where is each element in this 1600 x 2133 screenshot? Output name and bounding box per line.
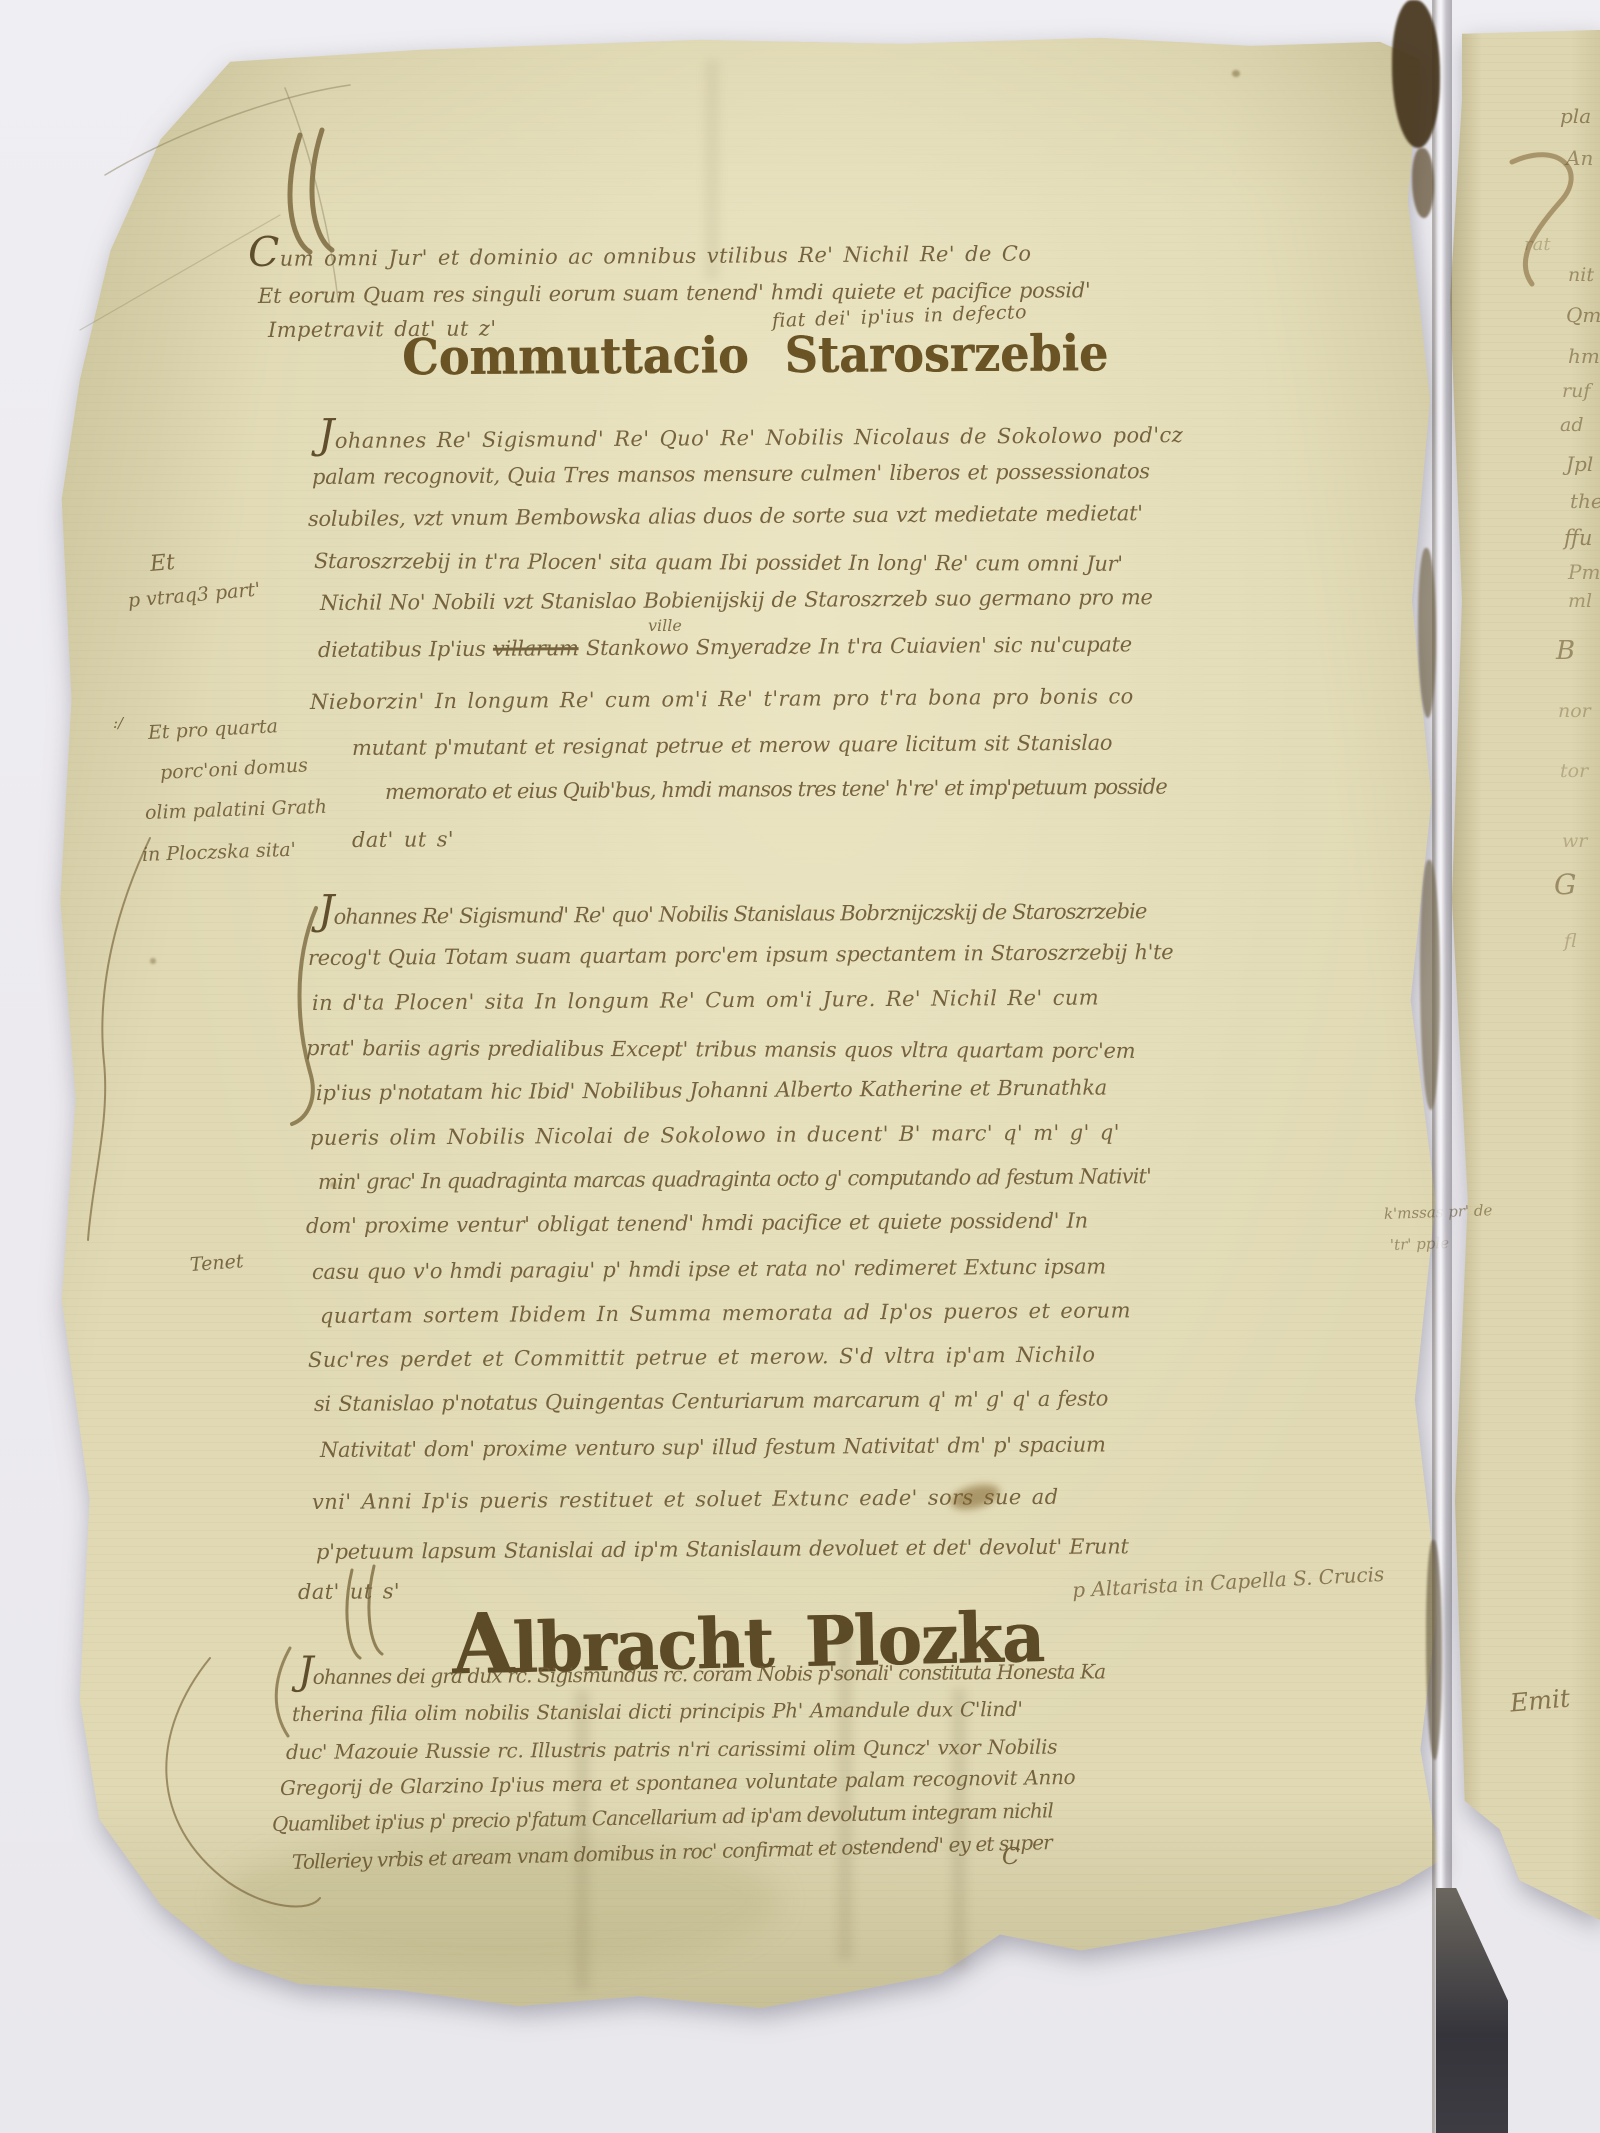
facing-fragment: ad xyxy=(1560,414,1584,436)
facing-fragment: ruf xyxy=(1562,380,1590,402)
heading-commutacio-staroszrzebie: Commuttacio Starosrzebie xyxy=(402,324,1108,386)
facing-fragment: rat xyxy=(1524,234,1551,255)
facing-fragment: hm xyxy=(1568,344,1600,368)
facing-fragment: Qm xyxy=(1566,303,1600,327)
foxing-spot xyxy=(150,958,156,964)
struck-word: villarum xyxy=(493,636,579,661)
facing-fragment: pla xyxy=(1560,104,1591,128)
gutter-debris xyxy=(1420,860,1440,1110)
interlinear-correction: ville xyxy=(648,616,682,635)
facing-fragment: B xyxy=(1556,636,1575,666)
paper-crease xyxy=(575,1690,589,1990)
facing-fragment: Pm xyxy=(1568,560,1600,584)
body-line: Johannes Re' Sigismund' Re' quo' Nobilis… xyxy=(318,892,1147,929)
gutter-debris xyxy=(1392,0,1440,148)
facing-word: Emit xyxy=(1509,1683,1571,1717)
facing-fragment: nor xyxy=(1558,700,1591,722)
body-line-text: dietatibus Ip'ius xyxy=(318,637,486,662)
gutter-debris xyxy=(1412,148,1434,218)
facing-fragment: Jpl xyxy=(1566,452,1593,476)
margin-note: Tenet xyxy=(189,1250,244,1276)
gutter-debris xyxy=(1418,548,1436,718)
body-line: Johannes dei gra dux rc. Sigismundus rc.… xyxy=(298,1654,1105,1689)
facing-fragment: fl xyxy=(1564,930,1577,952)
body-line: dat' ut s' xyxy=(352,827,454,852)
paragraph-end-mark: C xyxy=(1002,1844,1020,1870)
body-line: therina filia olim nobilis Stanislai dic… xyxy=(292,1697,1023,1726)
body-line: prat' bariis agris predialibus Except' t… xyxy=(306,1036,1135,1063)
body-line: Cum omni Jur' et dominio ac omnibus vtil… xyxy=(248,235,1032,271)
facing-fragment: tor xyxy=(1560,760,1588,782)
facing-fragment: G xyxy=(1554,868,1576,901)
facing-fragment: wr xyxy=(1562,830,1587,852)
foxing-spot xyxy=(1232,70,1240,77)
facing-fragment: ffu xyxy=(1564,526,1592,550)
body-line: Staroszrzebij in t'ra Plocen' sita quam … xyxy=(314,549,1123,576)
gutter-debris xyxy=(1426,1540,1442,1760)
body-line: dat' ut s' xyxy=(298,1579,400,1604)
body-line-text: Stankowo Smyeradze In t'ra Cuiavien' sic… xyxy=(586,632,1132,660)
facing-fragment: An xyxy=(1566,146,1593,170)
facing-fragment: nit xyxy=(1568,264,1594,286)
manuscript-photo: Cum omni Jur' et dominio ac omnibus vtil… xyxy=(0,0,1600,2133)
facing-fragment: ml xyxy=(1568,590,1592,612)
margin-mark: :/ xyxy=(113,714,123,732)
margin-note: Et xyxy=(149,550,176,577)
body-line: Johannes Re' Sigismund' Re' Quo' Re' Nob… xyxy=(318,416,1183,453)
paper-crease xyxy=(952,1688,966,1968)
facing-fragment: the xyxy=(1570,489,1600,513)
